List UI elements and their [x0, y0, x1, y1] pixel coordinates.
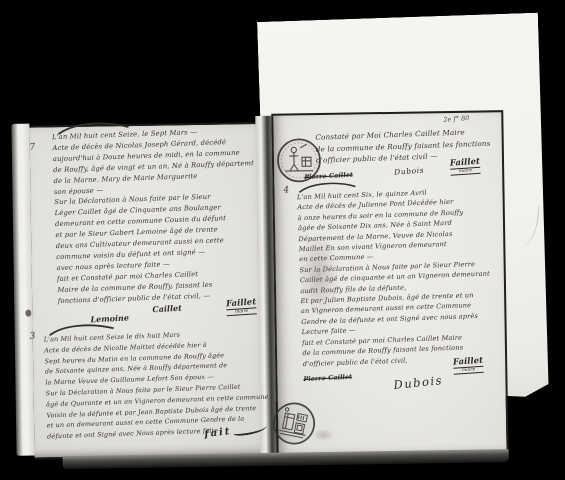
signature-caillet: Caillet	[152, 303, 182, 314]
margin-act-number-4: 4	[283, 185, 290, 195]
signature-faillet-maire: Faillet maire	[226, 297, 257, 316]
margin-act-number-7: 7	[29, 142, 36, 152]
open-register-book: 7 L'an Mil huit cent Seize, le Sept Mars…	[11, 108, 508, 470]
ink-blot	[25, 310, 31, 317]
ink-bleed-ghost	[297, 231, 340, 318]
revenue-stamp-icon	[268, 398, 320, 450]
ink-smudge	[312, 429, 334, 441]
photo-backdrop: 7 L'an Mil huit cent Seize, le Sept Mars…	[0, 0, 565, 480]
act1-text-block: L'an Mil huit cent Seize, le Sept Mars —…	[52, 125, 259, 306]
margin-act-number-3: 3	[29, 331, 36, 341]
sheet-curl-mark	[520, 205, 539, 248]
signature-faillet-maire: Faillet maire	[450, 157, 481, 176]
signature-faillet-maire: Faillet maire	[453, 356, 484, 375]
